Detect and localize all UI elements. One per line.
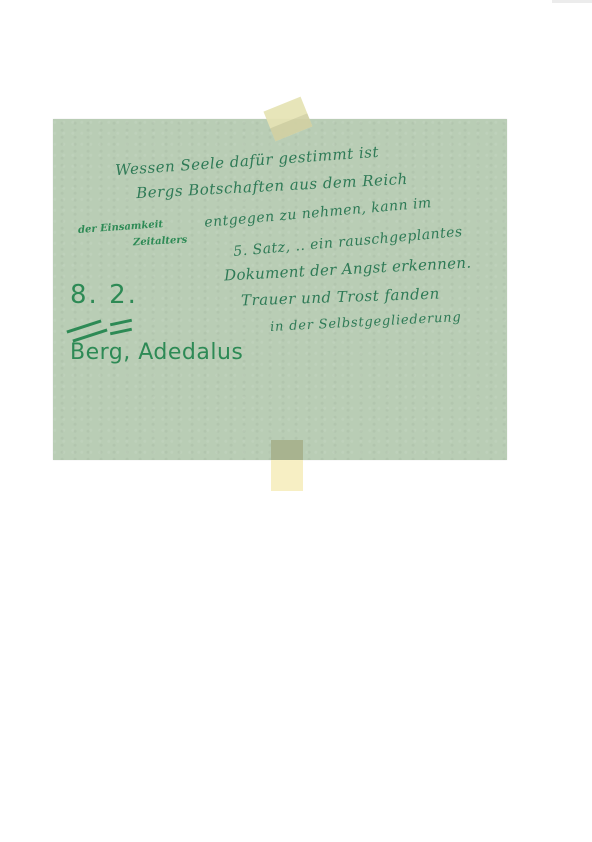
note-heading: Berg, Adedalus bbox=[70, 340, 243, 365]
note-date: 8. 2. bbox=[70, 280, 138, 310]
adhesive-tape-bottom bbox=[271, 440, 303, 491]
scan-edge-mark bbox=[552, 0, 592, 3]
